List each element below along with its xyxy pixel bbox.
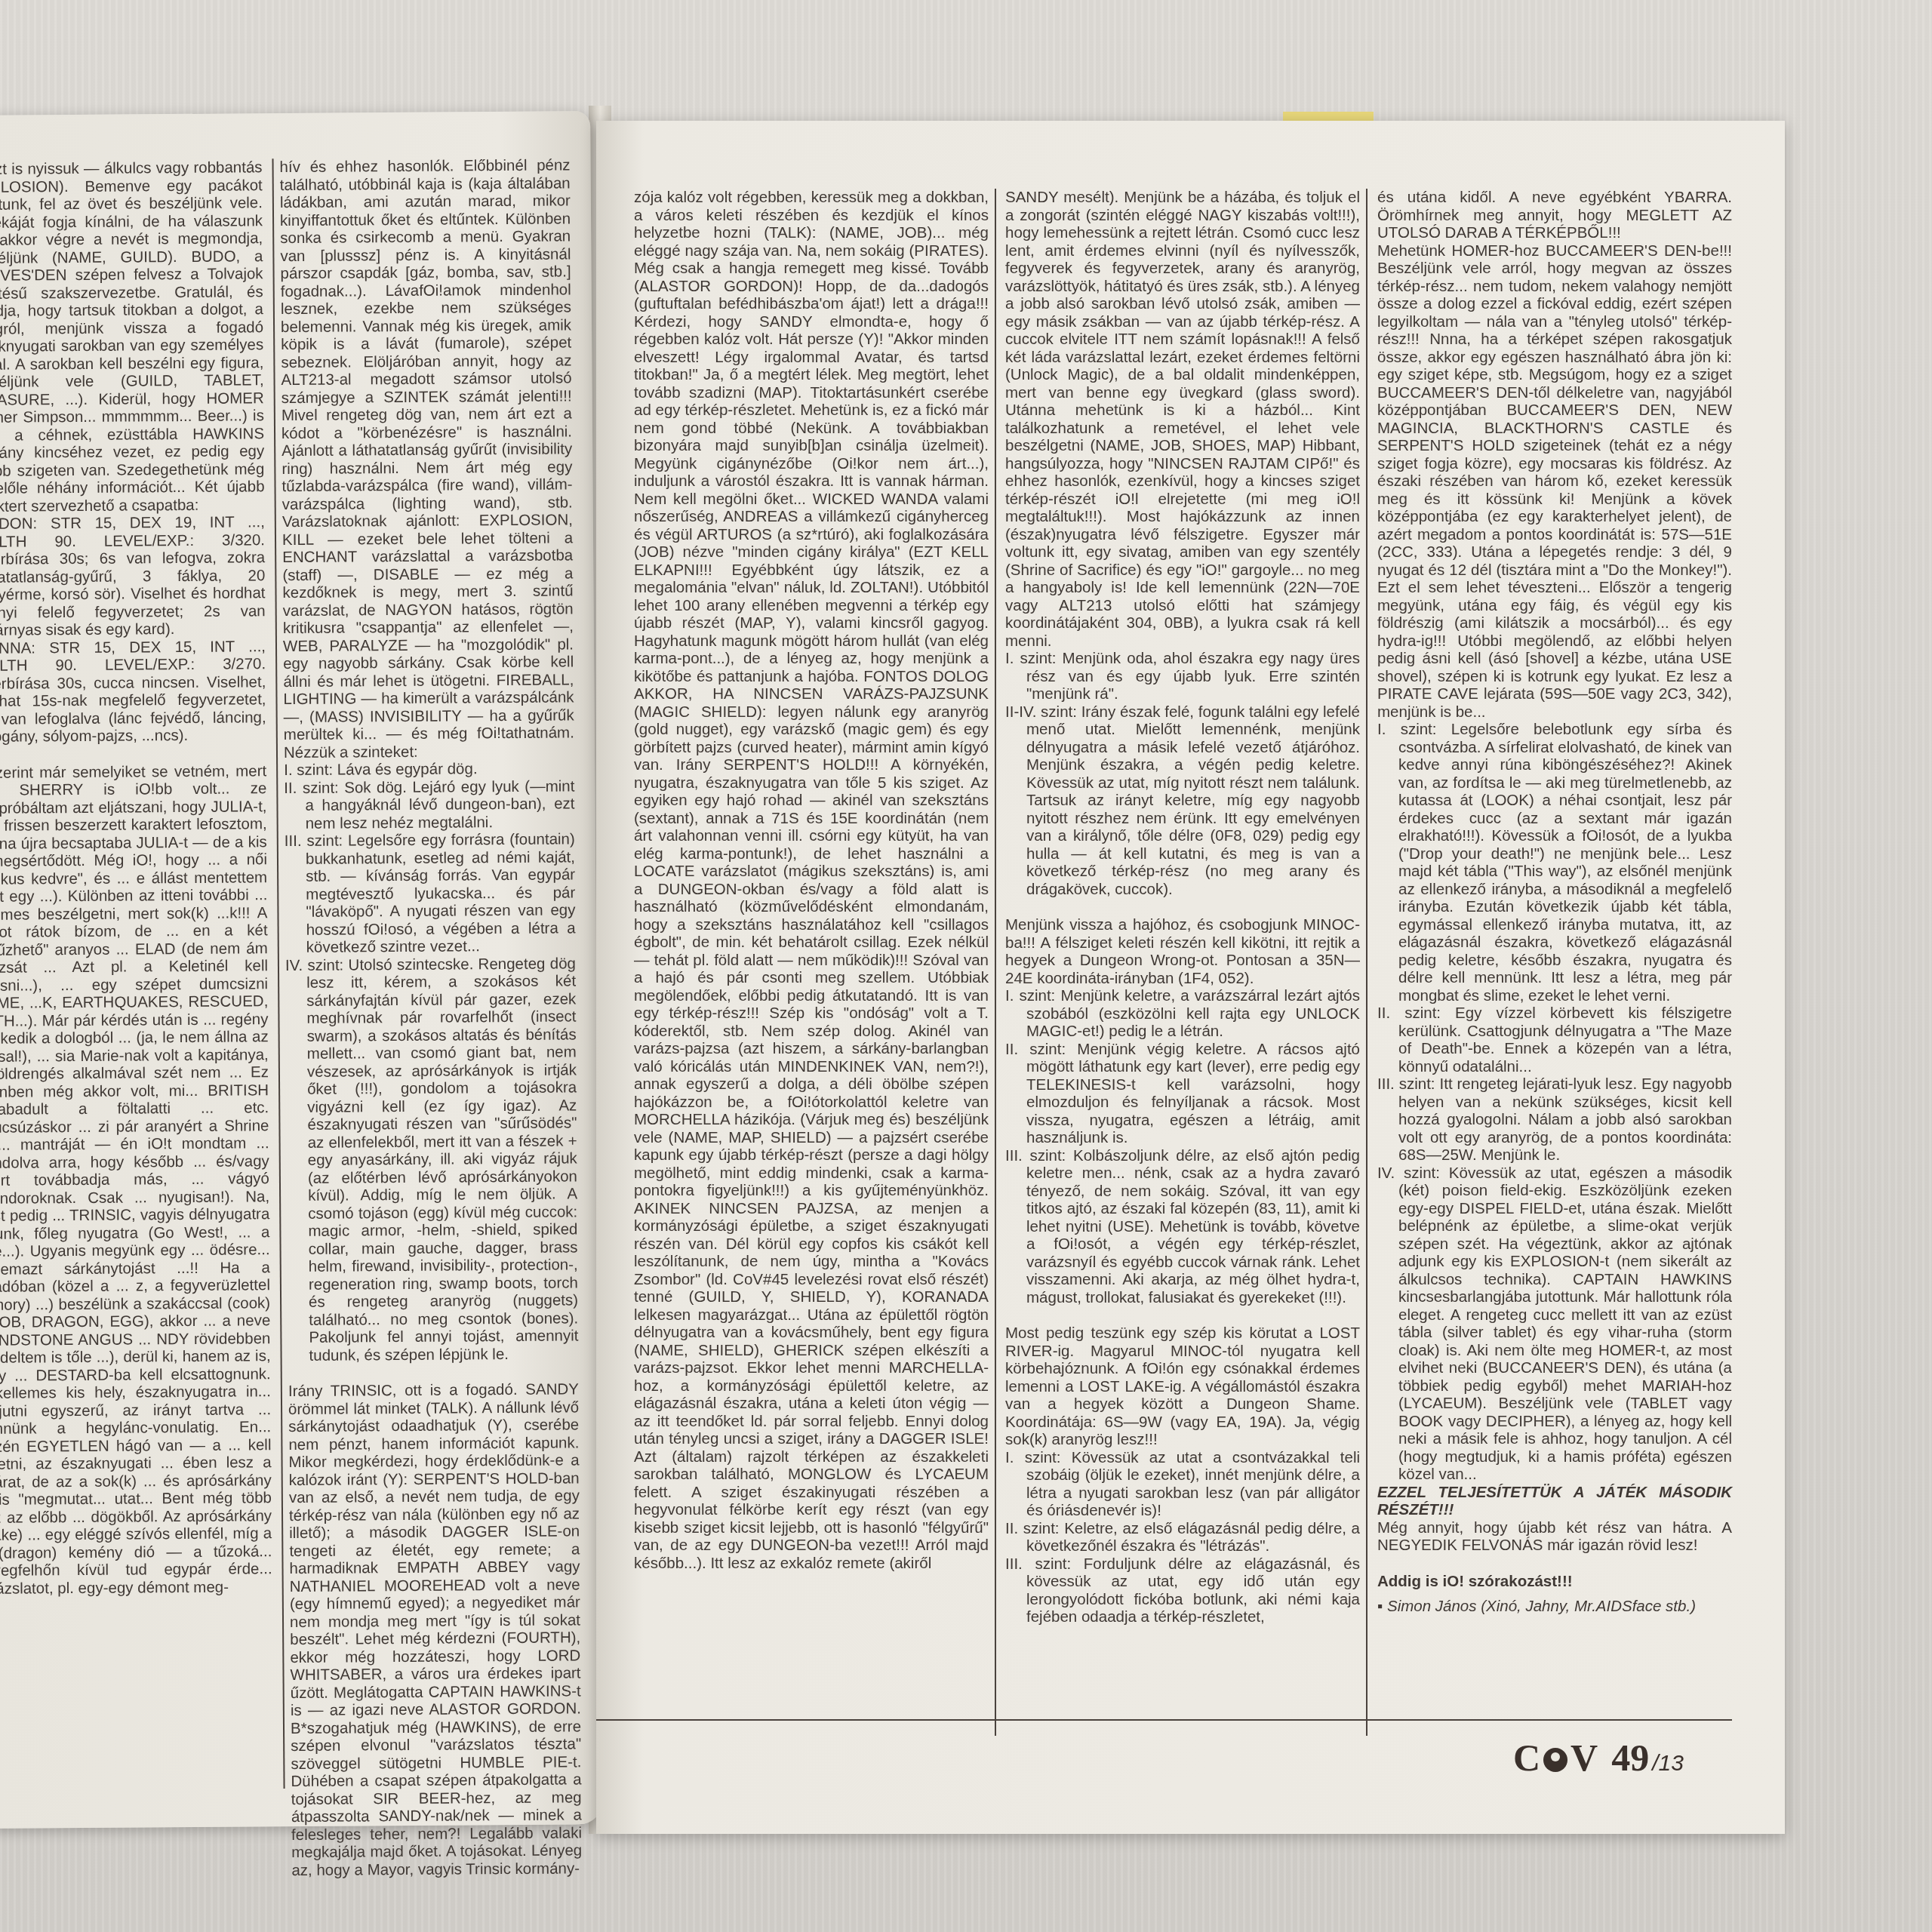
logo-letter-c: C [1513, 1736, 1540, 1780]
paragraph: Most pedig teszünk egy szép kis körutat … [1005, 1324, 1360, 1449]
left-column-1: ..., ezt is nyissuk — álkulcs vagy robba… [0, 158, 272, 1598]
footer-rule [596, 1719, 1732, 1721]
paragraph: Még annyit, hogy újabb két rész van hátr… [1377, 1519, 1732, 1555]
paragraph: ... szerint már semelyiket se vetném, me… [0, 762, 272, 1598]
level-entry: III. szint: Forduljunk délre az elágazás… [1005, 1555, 1360, 1626]
column-divider [1366, 189, 1367, 1736]
paragraph: ..., ezt is nyissuk — álkulcs vagy robba… [0, 158, 265, 515]
eye-icon [1543, 1748, 1567, 1772]
issue-number: 49 [1611, 1736, 1649, 1780]
paragraph: SANDY mesélt). Menjünk be a házába, és t… [1005, 189, 1360, 650]
page-number: /13 [1652, 1751, 1684, 1777]
paragraph: Irány TRINSIC, ott is a fogadó. SANDY ör… [288, 1380, 583, 1879]
level-entry: I. szint: Menjünk keletre, a varázszárra… [1005, 987, 1360, 1041]
right-column-2: SANDY mesélt). Menjünk be a házába, és t… [1005, 189, 1360, 1626]
level-entry: III. szint: Kolbászoljunk délre, az első… [1005, 1147, 1360, 1307]
level-entry: II. szint: Keletre, az első elágazásnál … [1005, 1520, 1360, 1555]
author-signature: Simon János (Xinó, Jahny, Mr.AIDSface st… [1377, 1598, 1732, 1616]
level-entry: III. szint: Itt rengeteg lejárati-lyuk l… [1377, 1075, 1732, 1164]
level-entry: III. szint: Legelsőre egy forrásra (foun… [285, 830, 576, 956]
closing-line: Addig is iO! szórakozást!!! [1377, 1573, 1732, 1591]
level-entry: I. szint: Kövessük az utat a csontvázakk… [1005, 1449, 1360, 1520]
left-page: ..., ezt is nyissuk — álkulcs vagy robba… [0, 111, 602, 1829]
paragraph: és utána kidől. A neve egyébként YBARRA.… [1377, 189, 1732, 242]
right-column-3: és utána kidől. A neve egyébként YBARRA.… [1377, 189, 1732, 1616]
column-divider [995, 189, 996, 1736]
right-column-1: zója kalóz volt régebben, keressük meg a… [634, 189, 989, 1572]
section-conclusion: EZZEL TELJESÍTETTÜK A JÁTÉK MÁSODIK RÉSZ… [1377, 1484, 1732, 1519]
level-entry: II-IV. szint: Irány észak felé, fogunk t… [1005, 703, 1360, 899]
level-entry: IV. szint: Utolsó szintecske. Rengeteg d… [285, 955, 579, 1364]
level-entry: IV. szint: Kövessük az utat, egészen a m… [1377, 1164, 1732, 1484]
left-column-2: hív és ehhez hasonlók. Előbbinél pénz ta… [279, 156, 582, 1879]
level-entry: I. szint: Menjünk oda, ahol északra egy … [1005, 650, 1360, 703]
paragraph: FEODON: STR 15, DEX 19, INT ..., HEALTH … [0, 513, 266, 639]
paragraph: LEONNA: STR 15, DEX 15, INT ..., HEALTH … [0, 638, 266, 746]
level-entry: II. szint: Sok dög. Lejáró egy lyuk (—mi… [284, 777, 574, 832]
paragraph: hív és ehhez hasonlók. Előbbinél pénz ta… [279, 156, 574, 761]
page-edge-highlight [1283, 112, 1374, 121]
logo-letter-v: V [1571, 1736, 1598, 1780]
level-entry: II. szint: Menjünk végig keletre. A rács… [1005, 1041, 1360, 1147]
right-page: zója kalóz volt régebben, keressük meg a… [596, 121, 1785, 1834]
paragraph: Mehetünk HOMER-hoz BUCCAMEER'S DEN-be!!!… [1377, 242, 1732, 721]
level-entry: II. szint: Egy vízzel körbevett kis féls… [1377, 1004, 1732, 1075]
level-entry: I. szint: Láva és egypár dög. [284, 759, 574, 779]
magazine-footer: C V 49 /13 [1513, 1736, 1684, 1780]
paragraph: zója kalóz volt régebben, keressük meg a… [634, 189, 989, 1572]
paragraph: Menjünk vissza a hajóhoz, és csobogjunk … [1005, 916, 1360, 987]
level-entry: I. szint: Legelsőre belebotlunk egy sírb… [1377, 721, 1732, 1004]
